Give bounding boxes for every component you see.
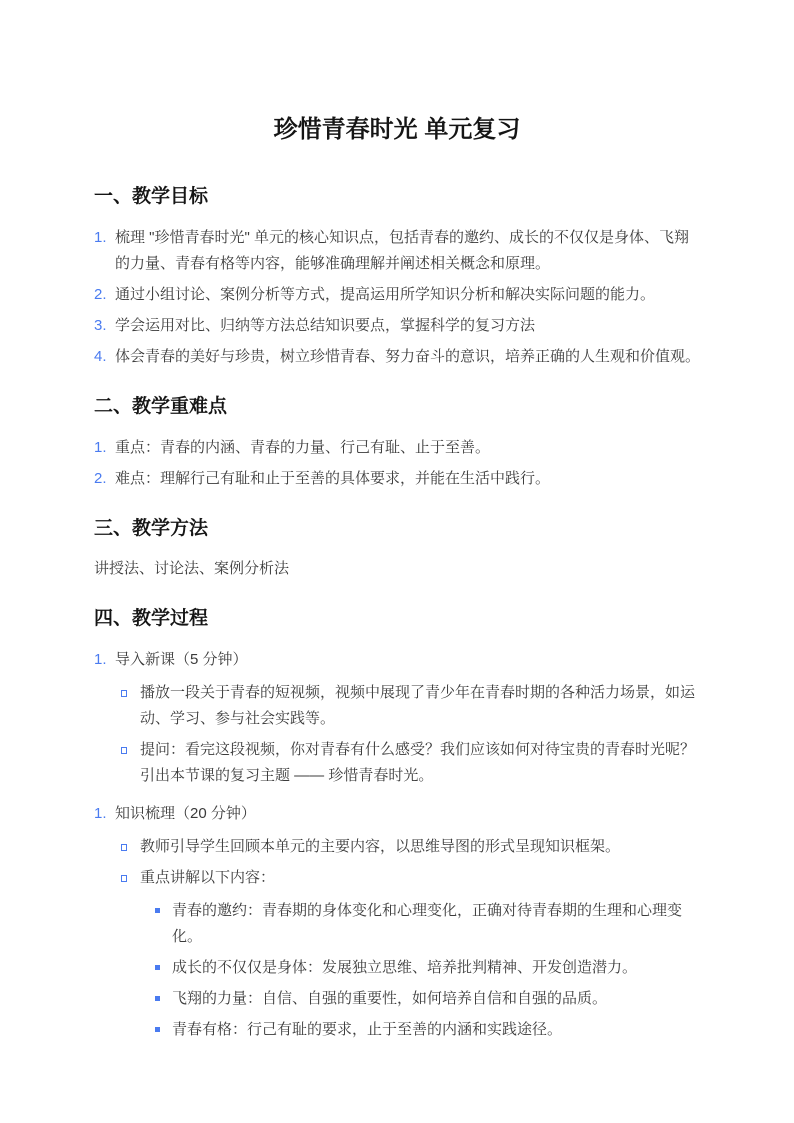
list-item: 2. 通过小组讨论、案例分析等方式，提高运用所学知识分析和解决实际问题的能力。 [94,282,700,308]
bullet-item: 教师引导学生回顾本单元的主要内容，以思维导图的形式呈现知识框架。 [94,834,700,860]
item-number: 2. [94,282,115,308]
section-heading: 二、教学重难点 [94,394,700,420]
bullet-item: 重点讲解以下内容： [94,865,700,891]
list-item: 1. 梳理 "珍惜青春时光" 单元的核心知识点，包括青春的邀约、成长的不仅仅是身… [94,225,700,277]
item-text: 体会青春的美好与珍贵，树立珍惜青春、努力奋斗的意识，培养正确的人生观和价值观。 [115,344,700,370]
item-text: 难点：理解行己有耻和止于至善的具体要求，并能在生活中践行。 [115,466,700,492]
sub-bullet-text: 青春有格：行己有耻的要求，止于至善的内涵和实践途径。 [172,1017,700,1043]
section-heading: 四、教学过程 [94,606,700,632]
hollow-square-bullet-icon [121,747,127,754]
item-number: 1. [94,647,115,673]
square-bullet-icon [155,996,160,1001]
sub-bullet-text: 青春的邀约：青春期的身体变化和心理变化，正确对待青春期的生理和心理变化。 [172,898,700,950]
sub-bullet-item: 青春的邀约：青春期的身体变化和心理变化，正确对待青春期的生理和心理变化。 [94,898,700,950]
sub-bullet-item: 成长的不仅仅是身体：发展独立思维、培养批判精神、开发创造潜力。 [94,955,700,981]
item-number: 1. [94,801,115,827]
paragraph: 讲授法、讨论法、案例分析法 [94,556,700,582]
sub-bullet-text: 飞翔的力量：自信、自强的重要性，如何培养自信和自强的品质。 [172,986,700,1012]
section-heading: 三、教学方法 [94,516,700,542]
section-teaching-process: 四、教学过程 1. 导入新课（5 分钟） 播放一段关于青春的短视频，视频中展现了… [94,606,700,1043]
process-item: 1. 知识梳理（20 分钟） 教师引导学生回顾本单元的主要内容，以思维导图的形式… [94,801,700,1043]
list-item: 3. 学会运用对比、归纳等方法总结知识要点，掌握科学的复习方法 [94,313,700,339]
section-teaching-methods: 三、教学方法 讲授法、讨论法、案例分析法 [94,516,700,583]
sub-bullet-list: 青春的邀约：青春期的身体变化和心理变化，正确对待青春期的生理和心理变化。 成长的… [94,898,700,1043]
bullet-item: 提问：看完这段视频，你对青春有什么感受？我们应该如何对待宝贵的青春时光呢？引出本… [94,737,700,789]
sub-bullet-text: 成长的不仅仅是身体：发展独立思维、培养批判精神、开发创造潜力。 [172,955,700,981]
list-item: 4. 体会青春的美好与珍贵，树立珍惜青春、努力奋斗的意识，培养正确的人生观和价值… [94,344,700,370]
square-bullet-icon [155,965,160,970]
sub-bullet-item: 飞翔的力量：自信、自强的重要性，如何培养自信和自强的品质。 [94,986,700,1012]
bullet-text: 播放一段关于青春的短视频，视频中展现了青少年在青春时期的各种活力场景，如运动、学… [140,680,700,732]
process-item: 1. 导入新课（5 分钟） 播放一段关于青春的短视频，视频中展现了青少年在青春时… [94,647,700,789]
list-item: 1. 知识梳理（20 分钟） [94,801,700,827]
item-text: 重点：青春的内涵、青春的力量、行己有耻、止于至善。 [115,435,700,461]
bullet-list: 播放一段关于青春的短视频，视频中展现了青少年在青春时期的各种活力场景，如运动、学… [94,680,700,789]
item-number: 2. [94,466,115,492]
bullet-text: 重点讲解以下内容： [140,865,700,891]
item-number: 3. [94,313,115,339]
hollow-square-bullet-icon [121,844,127,851]
item-text: 梳理 "珍惜青春时光" 单元的核心知识点，包括青春的邀约、成长的不仅仅是身体、飞… [115,225,700,277]
ordered-list: 1. 梳理 "珍惜青春时光" 单元的核心知识点，包括青春的邀约、成长的不仅仅是身… [94,225,700,370]
document-page: 珍惜青春时光 单元复习 一、教学目标 1. 梳理 "珍惜青春时光" 单元的核心知… [0,0,794,1123]
sub-bullet-item: 青春有格：行己有耻的要求，止于至善的内涵和实践途径。 [94,1017,700,1043]
item-text: 导入新课（5 分钟） [115,647,700,673]
section-heading: 一、教学目标 [94,184,700,210]
hollow-square-bullet-icon [121,875,127,882]
list-item: 1. 导入新课（5 分钟） [94,647,700,673]
bullet-text: 教师引导学生回顾本单元的主要内容，以思维导图的形式呈现知识框架。 [140,834,700,860]
item-text: 通过小组讨论、案例分析等方式，提高运用所学知识分析和解决实际问题的能力。 [115,282,700,308]
list-item: 2. 难点：理解行己有耻和止于至善的具体要求，并能在生活中践行。 [94,466,700,492]
item-number: 4. [94,344,115,370]
item-number: 1. [94,435,115,461]
bullet-item: 播放一段关于青春的短视频，视频中展现了青少年在青春时期的各种活力场景，如运动、学… [94,680,700,732]
document-title: 珍惜青春时光 单元复习 [94,114,700,146]
bullet-list: 教师引导学生回顾本单元的主要内容，以思维导图的形式呈现知识框架。 重点讲解以下内… [94,834,700,1043]
square-bullet-icon [155,908,160,913]
bullet-text: 提问：看完这段视频，你对青春有什么感受？我们应该如何对待宝贵的青春时光呢？引出本… [140,737,700,789]
square-bullet-icon [155,1027,160,1032]
hollow-square-bullet-icon [121,690,127,697]
item-number: 1. [94,225,115,277]
list-item: 1. 重点：青春的内涵、青春的力量、行己有耻、止于至善。 [94,435,700,461]
item-text: 知识梳理（20 分钟） [115,801,700,827]
section-key-difficult-points: 二、教学重难点 1. 重点：青春的内涵、青春的力量、行己有耻、止于至善。 2. … [94,394,700,492]
section-teaching-objectives: 一、教学目标 1. 梳理 "珍惜青春时光" 单元的核心知识点，包括青春的邀约、成… [94,184,700,370]
item-text: 学会运用对比、归纳等方法总结知识要点，掌握科学的复习方法 [115,313,700,339]
ordered-list: 1. 重点：青春的内涵、青春的力量、行己有耻、止于至善。 2. 难点：理解行己有… [94,435,700,492]
